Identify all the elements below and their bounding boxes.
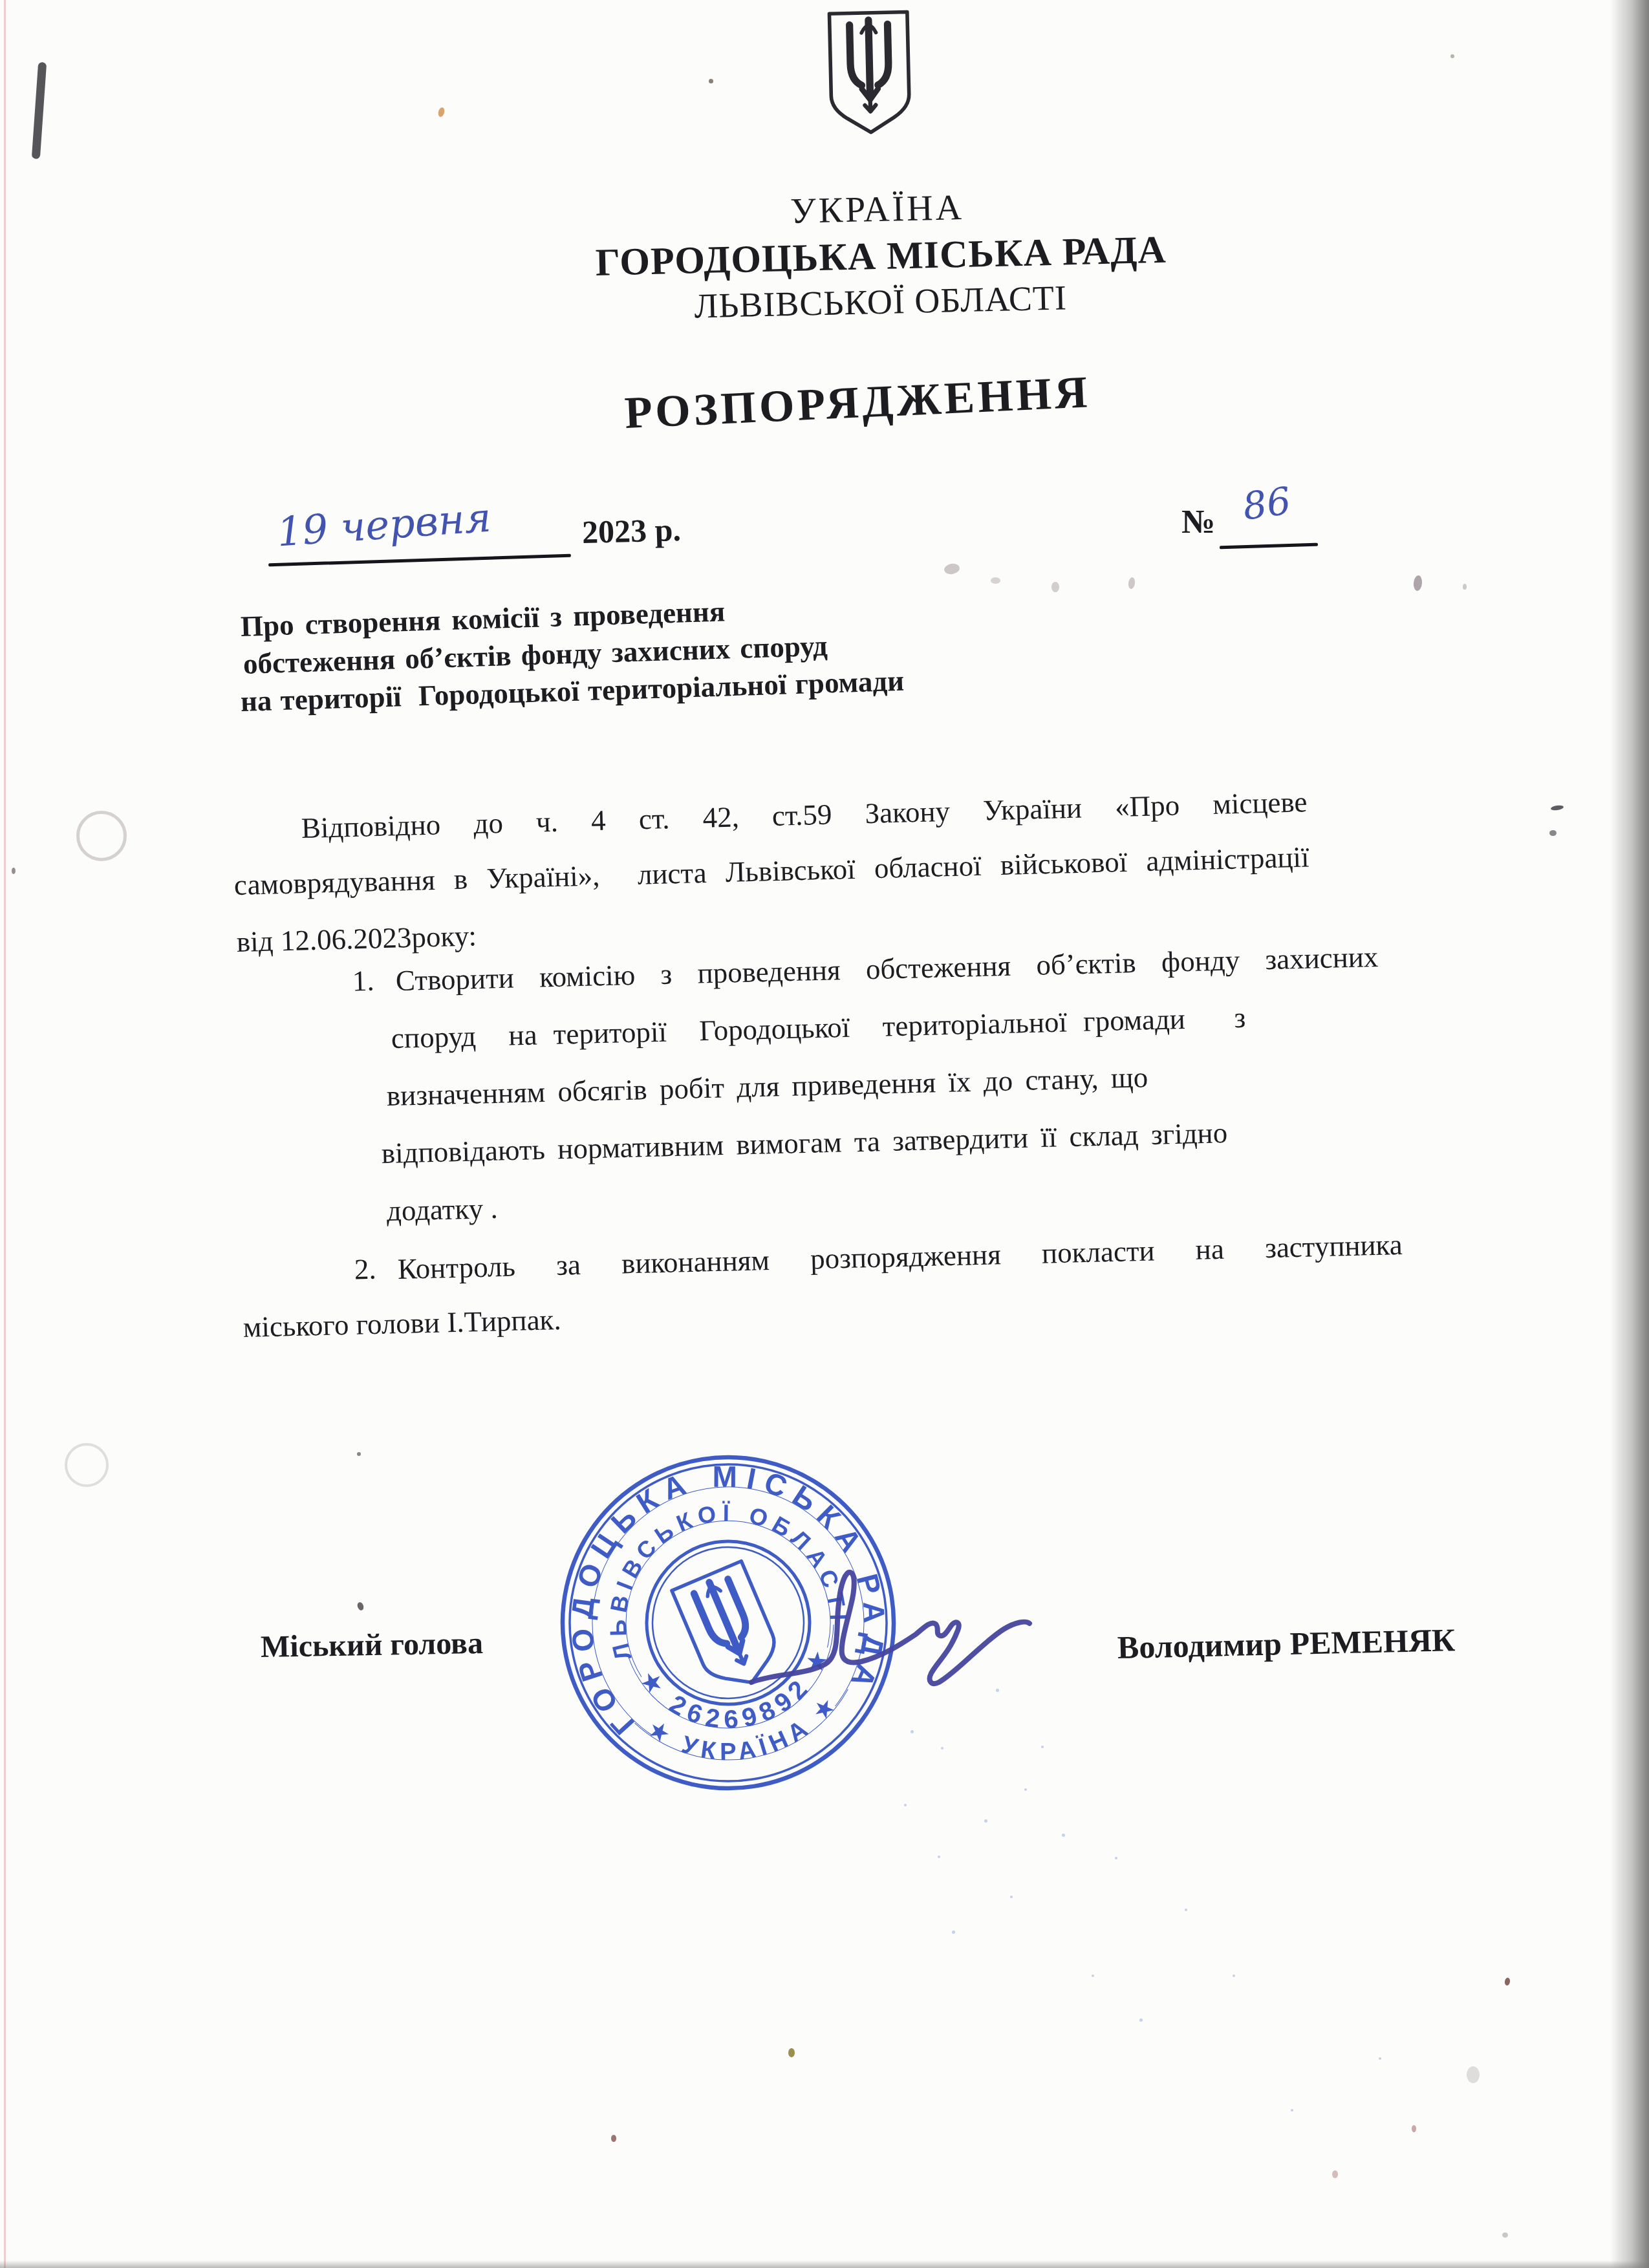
letterhead: УКРАЇНА ГОРОДОЦЬКА МІСЬКА РАДА ЛЬВІВСЬКО… [0, 0, 1649, 382]
number-label: № [1181, 503, 1215, 542]
item2-line-2: міського голови І.Тирпак. [242, 1303, 561, 1345]
handwritten-number: 86 [1240, 479, 1293, 528]
intro-line-3: від 12.06.2023року: [236, 919, 477, 959]
scan-speck [1412, 2125, 1416, 2132]
scan-speck [1332, 2170, 1338, 2178]
item1-line-2: споруд на території Городоцької територі… [391, 1001, 1246, 1056]
stamp-ink-spray-dot [1379, 2057, 1381, 2060]
scan-speck [1504, 1977, 1511, 1985]
scan-speck [991, 577, 1000, 584]
scan-speck [12, 868, 16, 874]
national-emblem-trident-icon [823, 8, 917, 137]
item1-number: 1. [352, 965, 374, 999]
hole-punch-mark [65, 1443, 109, 1487]
stamp-ink-spray-dot [1092, 1974, 1094, 1977]
letterhead-council: ГОРОДОЦЬКА МІСЬКА РАДА [595, 228, 1167, 285]
stamp-ink-spray-dot [1010, 1896, 1013, 1898]
scan-speck [1467, 2066, 1480, 2083]
signer-position-title: Міський голова [261, 1625, 484, 1665]
scan-speck [1051, 582, 1059, 592]
hole-punch-mark [76, 811, 127, 861]
item1-line-1: Створити комісію з проведення обстеження… [395, 941, 1378, 998]
scan-speck [1450, 54, 1454, 58]
item1-line-5: додатку . [386, 1192, 498, 1228]
stamp-ink-spray-dot [1291, 2109, 1293, 2112]
stamp-ink-spray-dot [984, 1819, 987, 1823]
document-title: РОЗПОРЯДЖЕННЯ [623, 367, 1092, 440]
stamp-ink-spray-dot [1139, 2018, 1143, 2022]
stamp-ink-spray-dot [1233, 1974, 1235, 1977]
stamp-ink-spray-dot [1185, 1909, 1187, 1911]
signer-name: Володимир РЕМЕНЯК [1117, 1621, 1455, 1666]
date-underline [268, 554, 571, 567]
scan-speck [1502, 2232, 1508, 2238]
letterhead-region: ЛЬВІВСЬКОЇ ОБЛАСТІ [694, 277, 1068, 326]
stamp-ink-spray-dot [941, 1747, 943, 1749]
scan-speck [943, 562, 960, 575]
typed-year: 2023 р. [581, 511, 681, 551]
stamp-ink-spray-dot [1115, 1857, 1117, 1859]
signature-stroke [679, 1506, 1132, 1733]
scan-speck [1128, 577, 1136, 589]
item2-line-1: Контроль за виконанням розпорядження пок… [397, 1228, 1403, 1287]
scan-speck [357, 1452, 361, 1456]
scan-bottom-edge-shadow [0, 2260, 1649, 2268]
stamp-ink-spray-dot [911, 1730, 914, 1733]
scan-speck [611, 2135, 616, 2142]
handwritten-date: 19 червня [275, 495, 493, 555]
stamp-ink-spray-dot [1024, 1788, 1027, 1791]
stamp-ink-spray-dot [952, 1931, 955, 1934]
scan-speck [1551, 805, 1564, 811]
item1-line-4: відповідають нормативним вимогам та затв… [381, 1117, 1227, 1171]
scan-speck [788, 2048, 795, 2057]
scan-speck [1463, 584, 1467, 590]
item1-line-3: визначенням обсягів робіт для приведення… [386, 1061, 1148, 1113]
letterhead-country: УКРАЇНА [790, 187, 964, 232]
scanned-document-page: УКРАЇНА ГОРОДОЦЬКА МІСЬКА РАДА ЛЬВІВСЬКО… [0, 0, 1649, 2268]
item2-number: 2. [354, 1253, 376, 1287]
number-underline [1220, 543, 1318, 550]
scan-speck [1413, 575, 1423, 591]
stamp-ink-spray-dot [996, 1689, 999, 1692]
intro-line-1: Відповідно до ч. 4 ст. 42, ст.59 Закону … [301, 786, 1308, 845]
intro-line-2: самоврядування в Україні», листа Львівсь… [233, 840, 1309, 902]
scan-speck [356, 1601, 365, 1611]
stamp-ink-spray-dot [904, 1804, 907, 1806]
scan-speck [709, 79, 713, 83]
stamp-ink-spray-dot [938, 1856, 940, 1858]
scan-speck [1549, 830, 1557, 836]
stamp-ink-spray-dot [1062, 1834, 1065, 1837]
stamp-ink-spray-dot [1041, 1746, 1044, 1748]
